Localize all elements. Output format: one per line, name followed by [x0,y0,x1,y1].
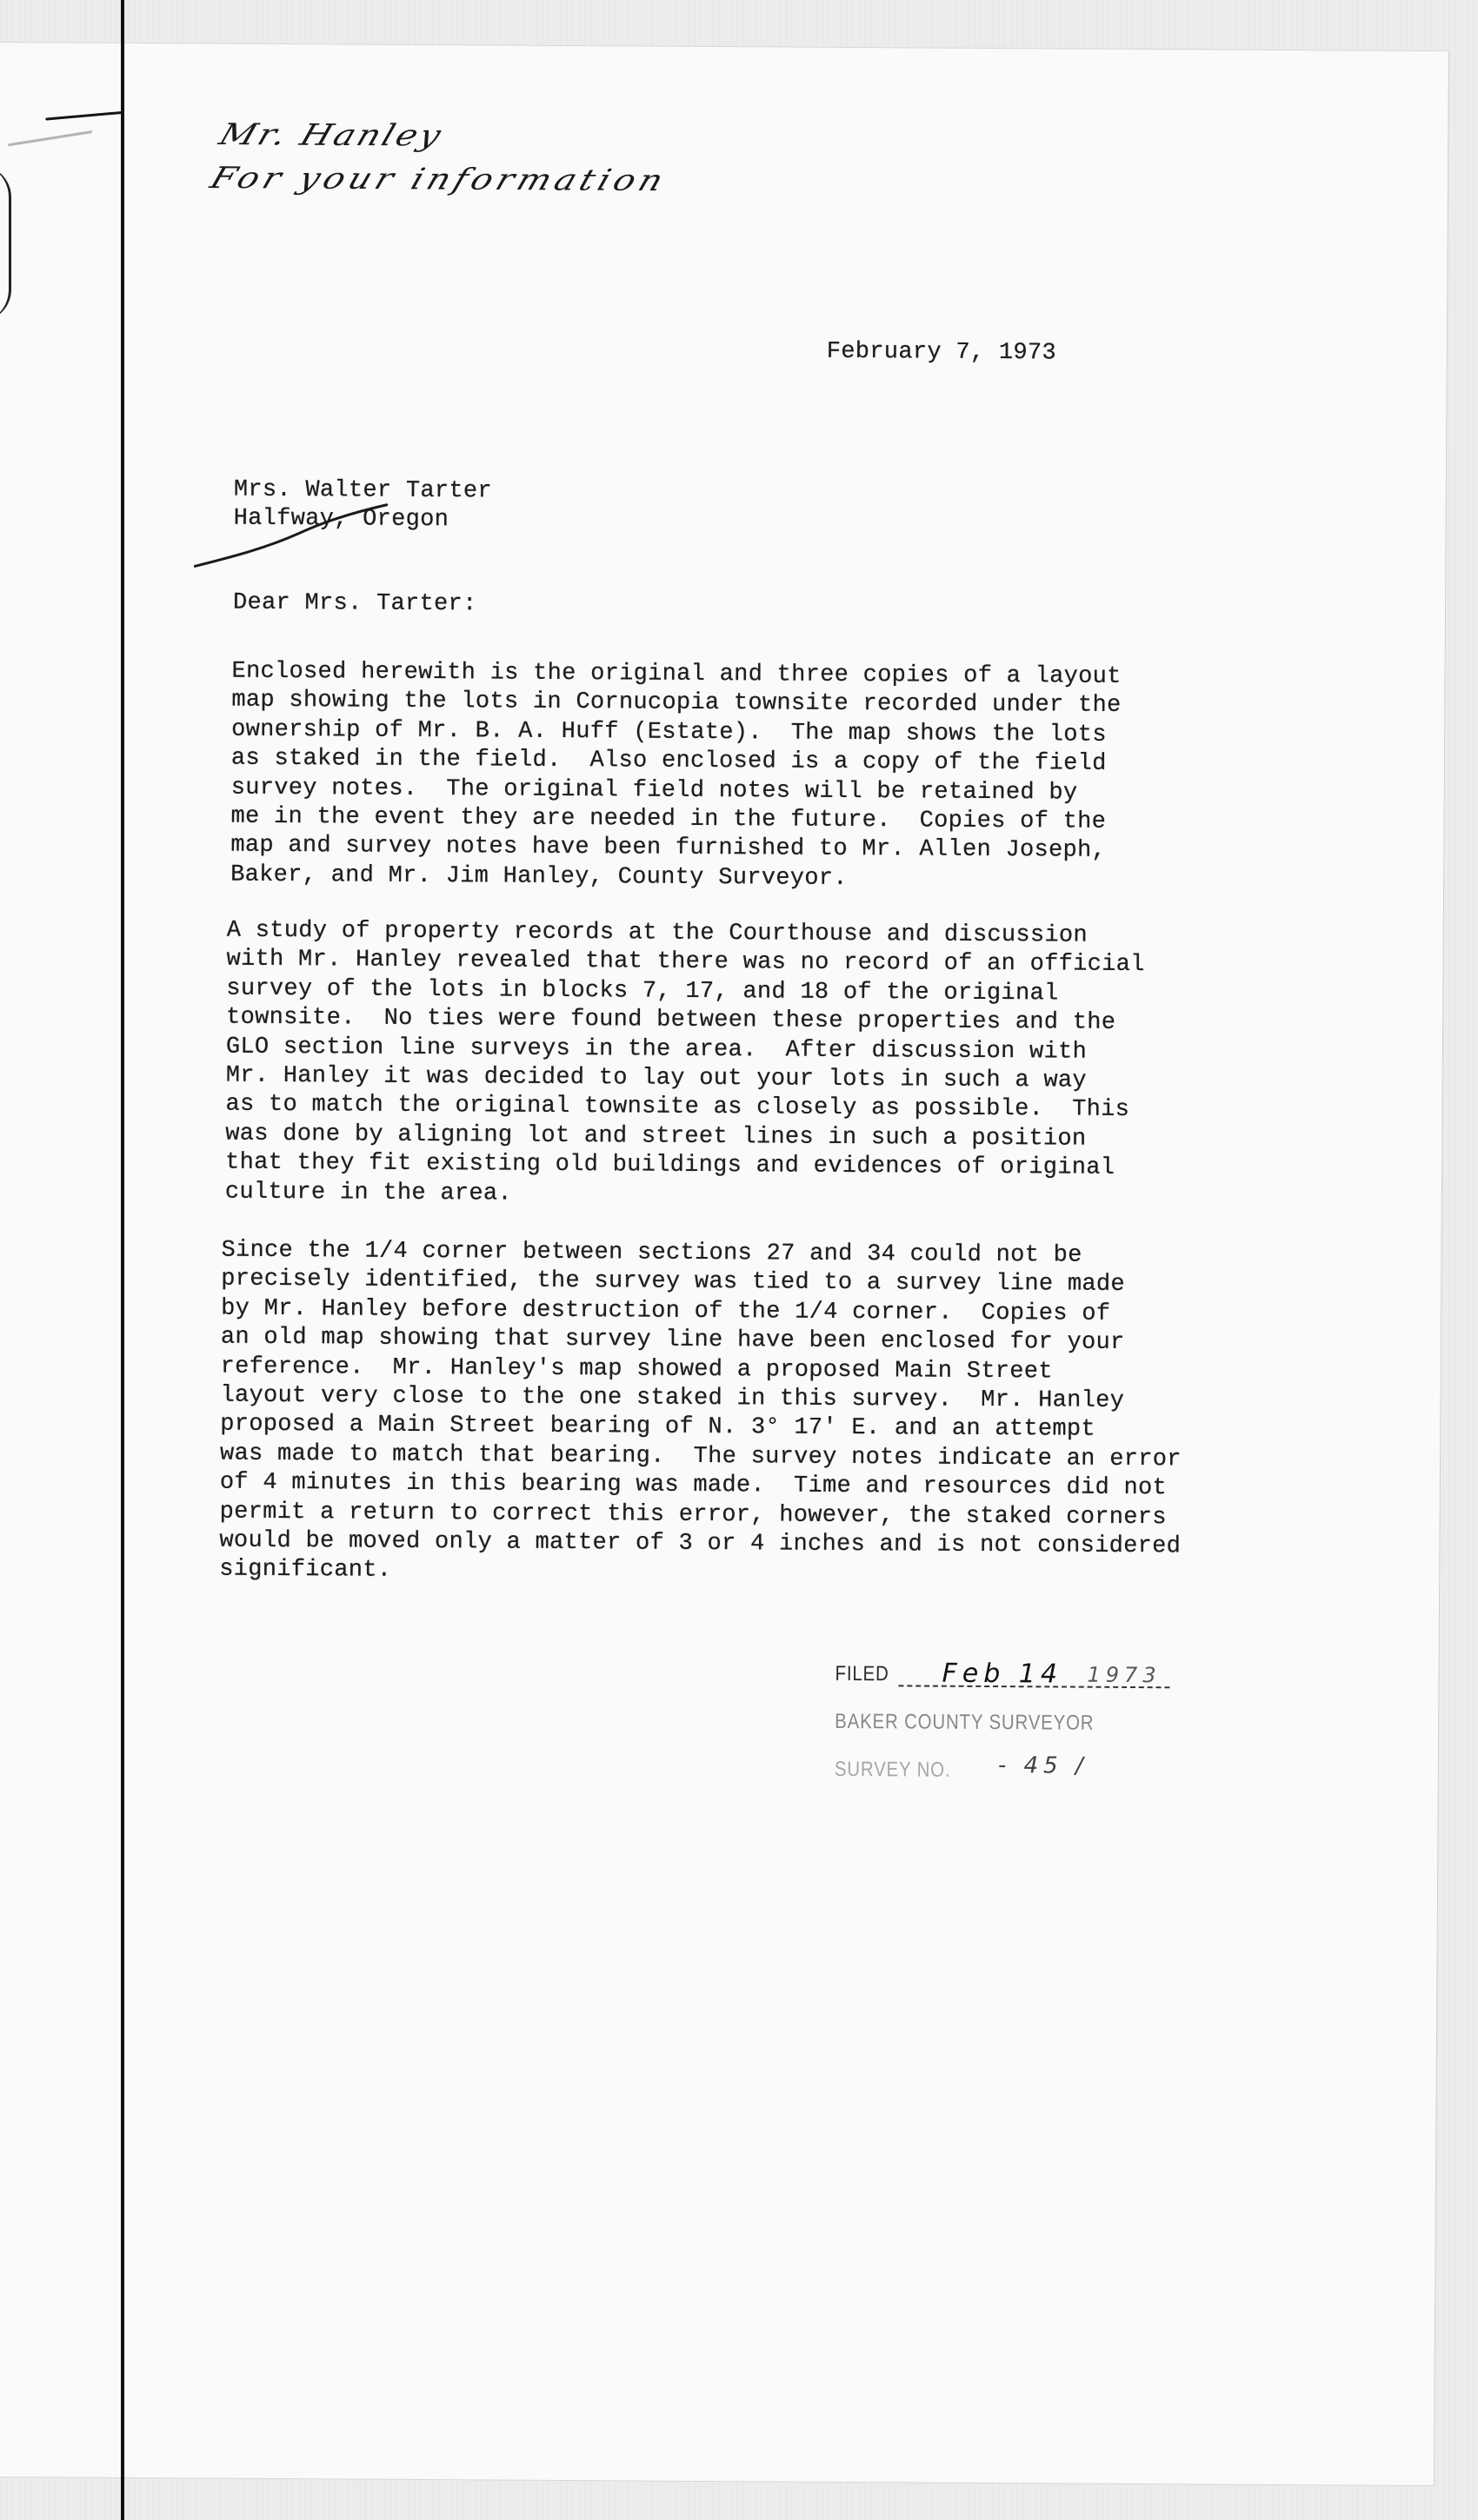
handwritten-note-fyi: For your information [206,161,672,197]
stamp-filed-date: Feb 14 [942,1659,1062,1690]
filed-stamp: FILED Feb 14 1973 BAKER COUNTY SURVEYOR … [0,43,1448,51]
letter-date: February 7, 1973 [827,338,1056,369]
handwritten-note-recipient: Mr. Hanley [215,117,448,153]
stamp-office-line: BAKER COUNTY SURVEYOR [835,1710,1094,1736]
pen-stroke-mark [193,500,393,570]
stamp-survey-label: SURVEY NO. [835,1758,951,1783]
stamp-filed-year: 1973 [1087,1663,1161,1688]
salutation: Dear Mrs. Tarter: [233,589,477,620]
stamp-filed-label: FILED [835,1662,889,1686]
body-paragraph-1: Enclosed herewith is the original and th… [230,658,1122,895]
letter-page: Mr. Hanley For your information February… [0,42,1449,2486]
binder-margin-line [121,0,124,2520]
margin-curve-mark [0,165,11,322]
body-paragraph-3: Since the 1/4 corner between sections 27… [219,1237,1182,1592]
body-paragraph-2: A study of property records at the Court… [225,917,1145,1213]
stamp-survey-number: - 45 / [998,1752,1089,1779]
